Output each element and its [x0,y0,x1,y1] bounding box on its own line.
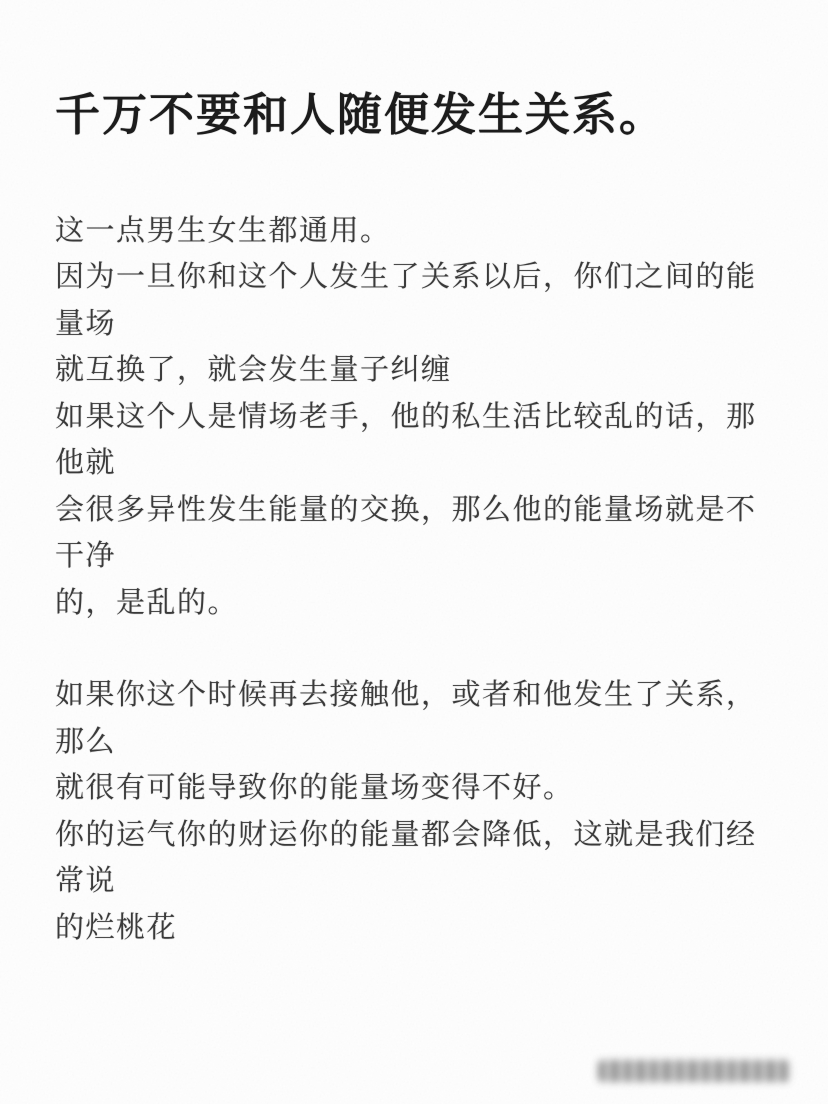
post-paragraph-1: 这一点男生女生都通用。 因为一旦你和这个人发生了关系以后，你们之间的能量场 就互… [55,207,778,626]
post-content: 千万不要和人随便发生关系。 这一点男生女生都通用。 因为一旦你和这个人发生了关系… [0,0,828,1104]
text-post-page: 千万不要和人随便发生关系。 这一点男生女生都通用。 因为一旦你和这个人发生了关系… [0,0,828,1104]
blurred-watermark [598,1060,790,1082]
post-title: 千万不要和人随便发生关系。 [55,86,778,145]
post-paragraph-2: 如果你这个时候再去接触他，或者和他发生了关系，那么 就很有可能导致你的能量场变得… [55,671,778,950]
